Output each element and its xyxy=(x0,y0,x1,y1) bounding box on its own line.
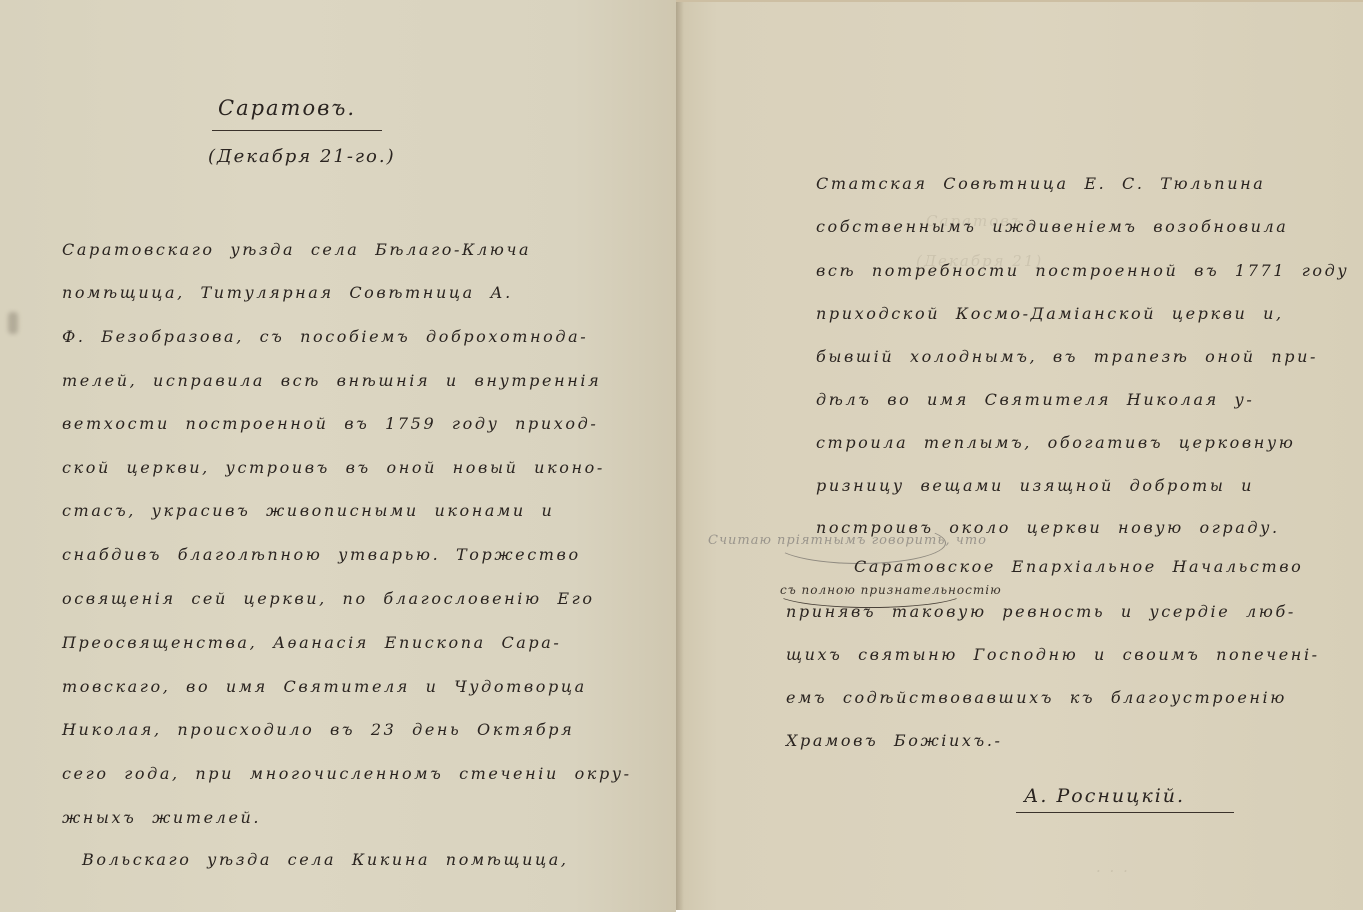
ink-smudge xyxy=(8,312,18,334)
text-line: Николая, происходило въ 23 день Октября xyxy=(62,720,574,739)
text-line: приходской Космо-Даміанской церкви и, xyxy=(816,304,1284,323)
right-manuscript-page: Саратовъ (Декабря 21) Статская Совѣтница… xyxy=(676,0,1363,910)
text-line: Саратовскаго уѣзда села Бѣлаго-Ключа xyxy=(62,240,531,259)
text-line: Храмовъ Божіихъ.- xyxy=(786,731,1003,750)
text-line: снабдивъ благолѣпною утварью. Торжество xyxy=(62,545,581,564)
text-line: щихъ святыню Господню и своимъ попечені- xyxy=(786,645,1320,664)
text-line: Преосвященства, Аѳанасія Епископа Сара- xyxy=(62,633,561,652)
text-line: сего года, при многочисленномъ стеченіи … xyxy=(62,764,632,783)
text-line: собственнымъ иждивеніемъ возобновила xyxy=(816,217,1288,236)
text-line: дѣлъ во имя Святителя Николая у- xyxy=(816,390,1254,409)
text-line: емъ содѣйствовавшихъ къ благоустроенію xyxy=(786,688,1287,707)
text-line: Статская Совѣтница Е. С. Тюльпина xyxy=(816,174,1265,193)
signature-underline xyxy=(1016,812,1234,813)
text-line: ветхости построенной въ 1759 году приход… xyxy=(62,414,598,433)
text-line: Вольскаго уѣзда села Кикина помѣщица, xyxy=(82,850,569,869)
text-line: строила теплымъ, обогативъ церковную xyxy=(816,433,1295,452)
text-line: бывшій холоднымъ, въ трапезѣ оной при- xyxy=(816,347,1318,366)
text-line: стасъ, украсивъ живописными иконами и xyxy=(62,501,554,520)
text-line: ризницу вещами изящной доброты и xyxy=(816,476,1254,495)
text-line: жныхъ жителей. xyxy=(62,808,261,827)
left-manuscript-page: Саратовъ. (Декабря 21-го.) Саратовскаго … xyxy=(0,0,676,912)
text-line: помѣщица, Титулярная Совѣтница А. xyxy=(62,283,513,302)
text-line: всѣ потребности построенной въ 1771 году xyxy=(816,261,1349,280)
bleed-through-text: · · · xyxy=(1096,862,1130,880)
text-line: Саратовское Епархіальное Начальство xyxy=(854,557,1303,576)
spine-shadow xyxy=(676,2,684,910)
heading-underline xyxy=(212,130,382,131)
signature: А. Росницкій. xyxy=(1024,785,1185,807)
text-line: товскаго, во имя Святителя и Чудотворца xyxy=(62,677,587,696)
text-line: ской церкви, устроивъ въ оной новый икон… xyxy=(62,458,605,477)
page-heading: Саратовъ. xyxy=(218,96,356,120)
page-date: (Декабря 21-го.) xyxy=(208,146,396,167)
text-line: Ф. Безобразова, съ пособіемъ доброхотнод… xyxy=(62,327,588,346)
text-line: принявъ таковую ревность и усердіе люб- xyxy=(786,602,1296,621)
text-line: телей, исправила всѣ внѣшнія и внутренні… xyxy=(62,371,601,390)
text-line: освященія сей церкви, по благословенію Е… xyxy=(62,589,595,608)
